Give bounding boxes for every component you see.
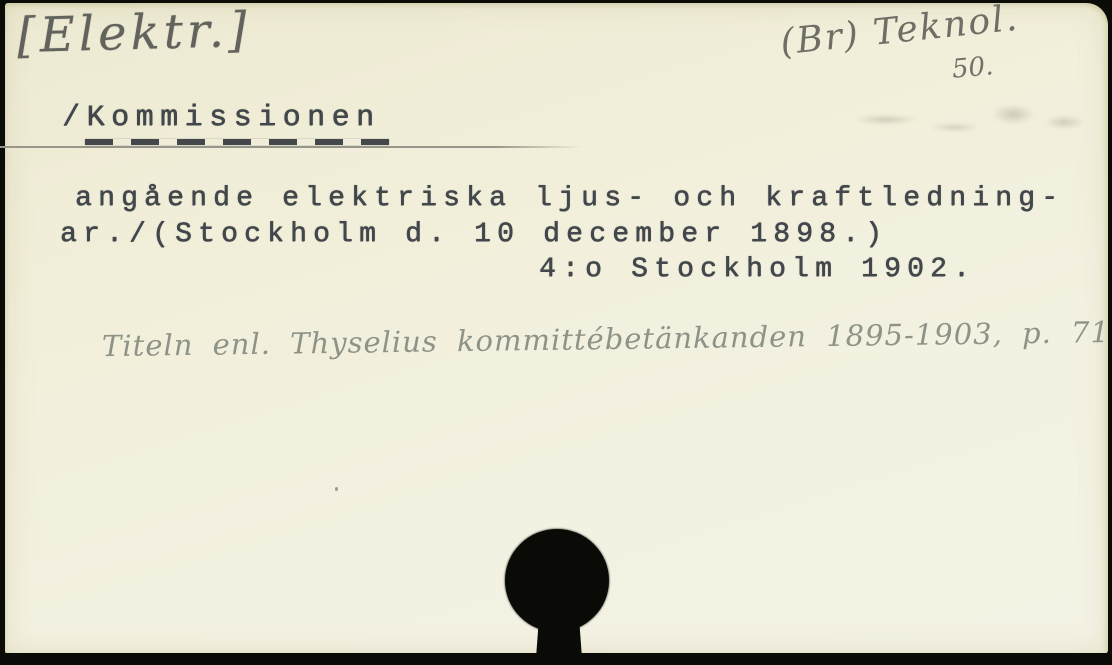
ruled-line: [0, 146, 582, 148]
imprint-line: 4:o Stockholm 1902.: [539, 256, 976, 284]
punch-hole-stem: [536, 596, 582, 658]
pencil-classification: [Elektr.]: [16, 6, 251, 60]
title-line-2: ar./(Stockholm d. 10 december 1898.): [60, 221, 888, 249]
paper-speck: [335, 487, 338, 491]
scanned-catalog-card-image: [Elektr.] (Br) Teknol. 50. /Kommissionen…: [0, 0, 1112, 665]
scanner-background-strip: [0, 653, 1112, 665]
shelf-number: 50.: [951, 53, 994, 83]
erased-pencil-marks: [840, 91, 1095, 143]
typed-dashed-underline: [85, 139, 389, 145]
title-line-1: angående elektriska ljus- och kraftledni…: [75, 185, 1064, 213]
card-heading: /Kommissionen: [62, 103, 381, 133]
handwritten-source-note: Titeln enl. Thyselius kommittébetänkande…: [102, 318, 1112, 361]
